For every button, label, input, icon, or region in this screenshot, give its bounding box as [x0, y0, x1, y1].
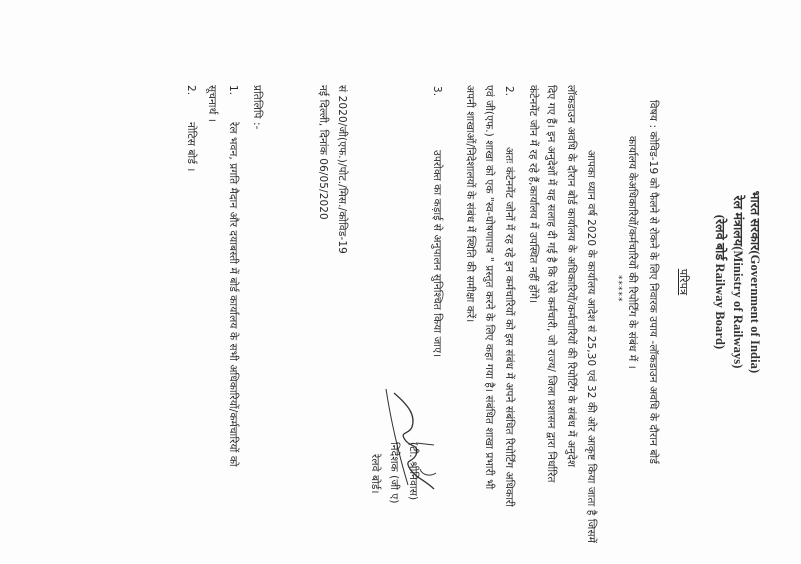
header-board: (रेलवे बोर्ड Railway Board): [713, 0, 727, 564]
para2-line-3: अपनी शाखाओं/निदेशालयों के संबंध में स्थि…: [463, 85, 477, 322]
para1-line-3: दिए गए हैं। इन अनुदेशों में यह सलाह दी ग…: [544, 85, 558, 483]
separator-stars: *****: [611, 275, 625, 303]
para1-line-4: कंटेनमेंट जोन में रह रहे हैं,कार्यालय मे…: [526, 85, 540, 303]
para3-number: 3.: [430, 86, 444, 96]
subject-line-1: विषय : कोविड-19 को फैलने से रोकने के लिए…: [646, 100, 660, 464]
signatory-name: (टी. श्रीनिवास): [406, 442, 420, 500]
subject-line-2: कार्यालय केअधिकारियों/कर्मचारियों की रिप…: [625, 136, 639, 369]
copy-item-2-number: 2.: [184, 85, 198, 95]
copy-to-label: प्रतिलिपि :-: [250, 85, 264, 130]
copy-item-1-number: 1.: [226, 85, 240, 95]
copy-item-1-text: रेल भवन, प्रगति मैदान और दयाबस्ती में बो…: [226, 122, 240, 467]
document-title: परिपत्र: [676, 0, 690, 564]
para1-line-1: आपका ध्यान वर्ष 2020 के कार्यालय आदेश सं…: [584, 150, 598, 543]
para1-line-2: लॉकडाउन अवधि के दौरान बोर्ड कार्यालय के …: [564, 85, 578, 467]
reference-number: सं 2020/जी(एफ.)/पोट./मिस./कोविड-19: [335, 85, 349, 254]
reference-place-date: नई दिल्ली, दिनांक 06/05/2020: [316, 85, 330, 220]
header-government: भारत सरकार(Government of India): [748, 0, 762, 564]
copy-item-2-text: नोटिस बोर्ड ।: [184, 122, 198, 171]
header-ministry: रेल मंत्रालय(Ministry of Railways): [731, 0, 745, 564]
para3-line-1: उपरोक्त का कड़ाई से अनुपालन सुनिश्चित कि…: [430, 150, 444, 357]
para2-number: 2.: [502, 86, 516, 96]
signatory-office: रेलवे बोर्ड।: [368, 454, 382, 494]
para2-line-2: एवं जी(एफ.) शाखा को एक "स्व-घोषणापत्र " …: [482, 85, 496, 489]
para2-line-1: अतः कंटेनमेंट जोनों में रह रहे इन कर्मचा…: [502, 147, 516, 507]
document-page: भारत सरकार(Government of India) रेल मंत्…: [0, 0, 801, 564]
copy-item-1-cont: सूचनार्थ ।: [205, 85, 219, 122]
signatory-designation: निदेशक (जी ए): [387, 442, 401, 504]
